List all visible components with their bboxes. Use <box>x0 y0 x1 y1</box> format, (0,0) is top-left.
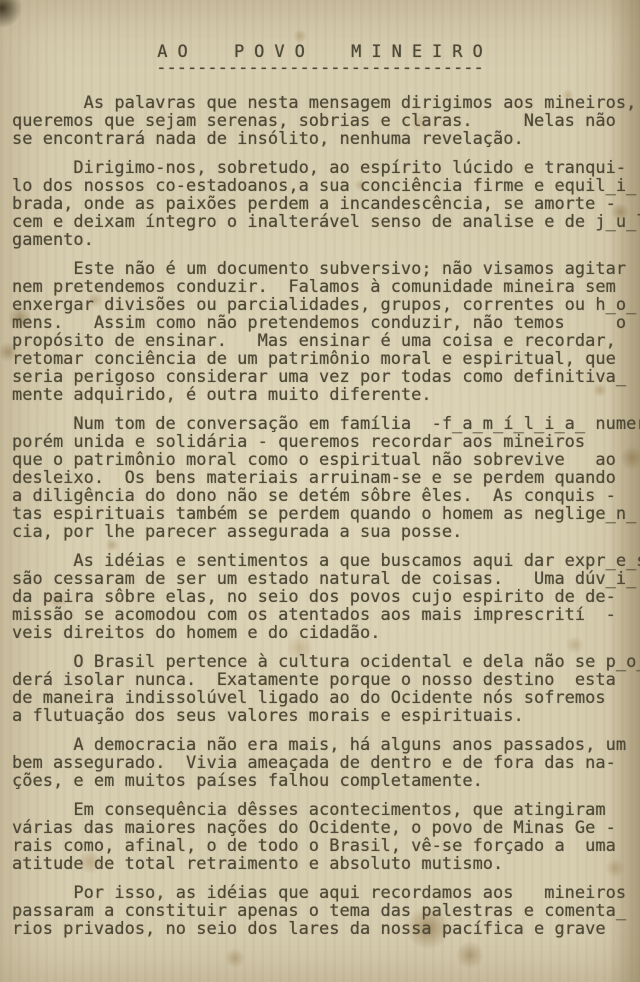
scanned-document-page: AO POVO MINEIRO ------------------------… <box>0 0 640 982</box>
paragraph: Em consequência dêsses acontecimentos, q… <box>12 801 636 873</box>
paragraph: Por isso, as idéias que aqui recordamos … <box>12 884 636 938</box>
paragraph: O Brasil pertence à cultura ocidental e … <box>12 653 636 725</box>
paragraph: As palavras que nesta mensagem dirigimos… <box>12 94 636 148</box>
paragraph: As idéias e sentimentos a que buscamos a… <box>12 552 636 642</box>
document-header: AO POVO MINEIRO ------------------------… <box>0 0 640 94</box>
paragraph: Dirigimo-nos, sobretudo, ao espírito lúc… <box>12 159 636 249</box>
paragraph: Num tom de conversação em família -f̲a̲m… <box>12 415 636 541</box>
document-body: As palavras que nesta mensagem dirigimos… <box>0 94 640 938</box>
title-underline: -------------------------------- <box>0 62 640 74</box>
paragraph: Este não é um documento subversivo; não … <box>12 260 636 404</box>
paragraph: A democracia não era mais, há alguns ano… <box>12 736 636 790</box>
